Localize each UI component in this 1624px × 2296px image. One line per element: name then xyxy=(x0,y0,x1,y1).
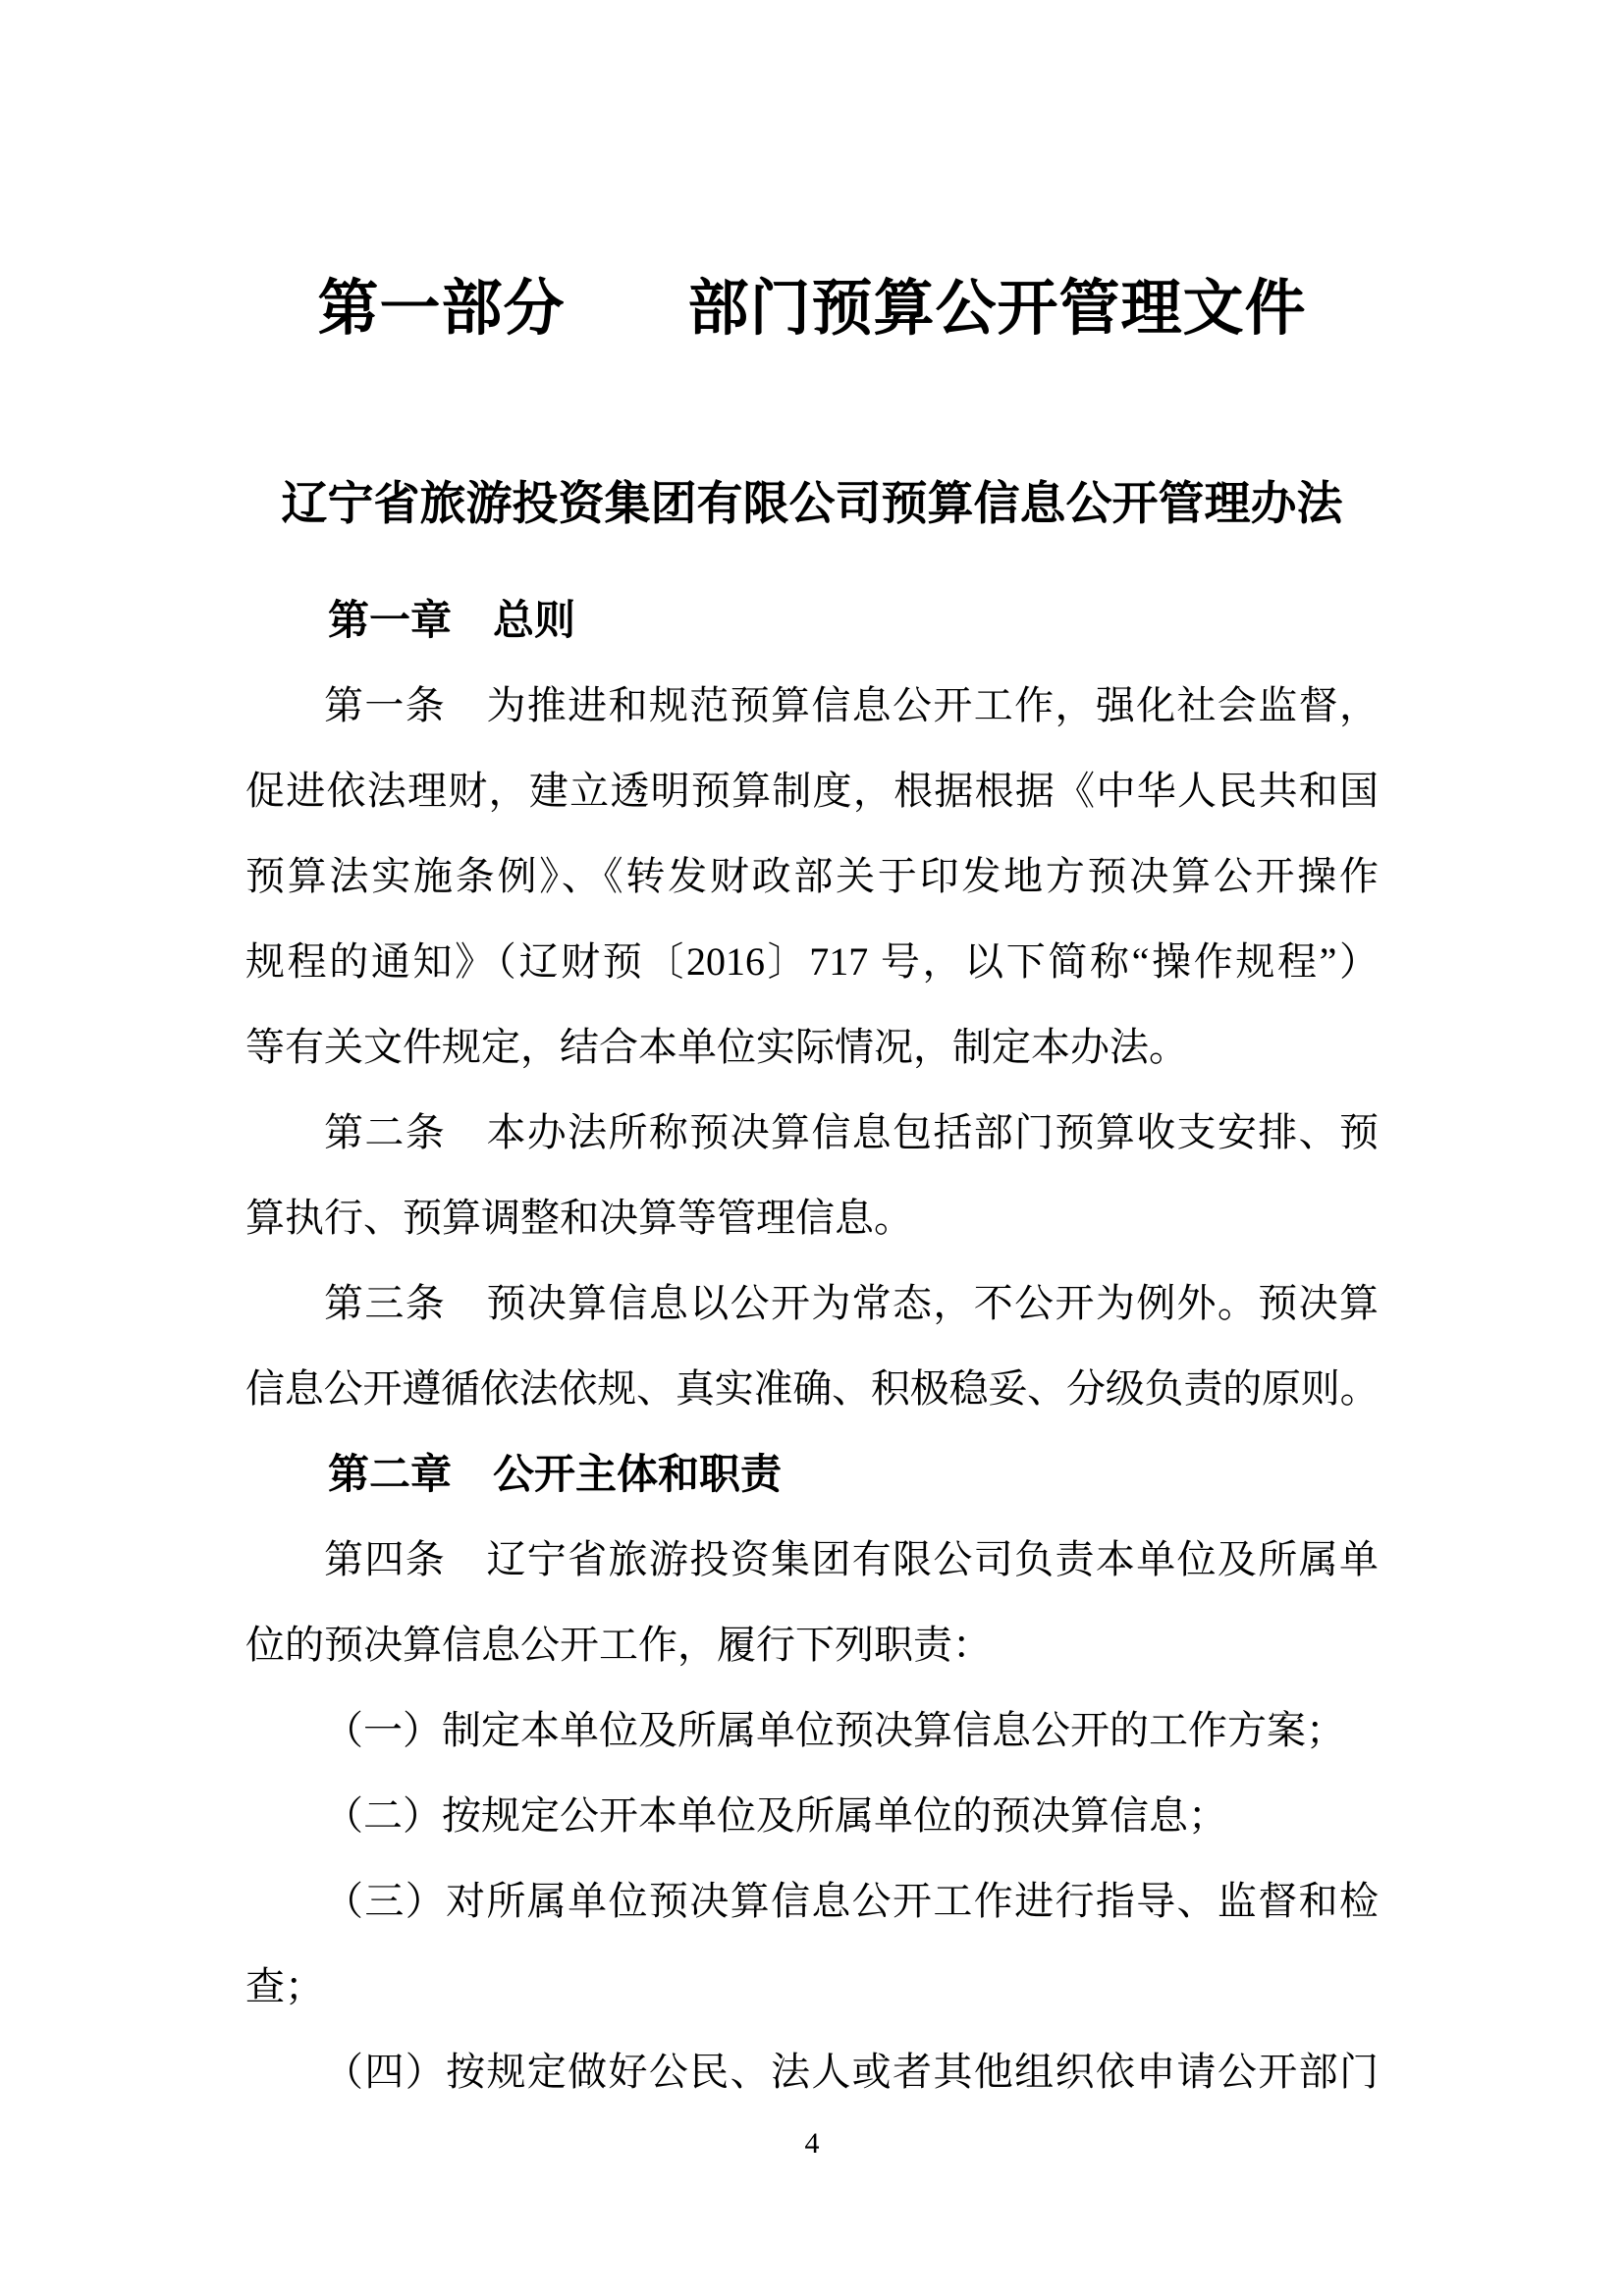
text-line: 第一章 总则 xyxy=(245,577,1379,663)
document-subtitle: 辽宁省旅游投资集团有限公司预算信息公开管理办法 xyxy=(0,477,1624,530)
text-line: 查； xyxy=(245,1944,1379,2029)
title-part-2: 部门预算公开管理文件 xyxy=(688,276,1307,343)
text-line: 信息公开遵循依法依规、真实准确、积极稳妥、分级负责的原则。 xyxy=(245,1346,1379,1431)
document-body: 第一章 总则第一条 为推进和规范预算信息公开工作，强化社会监督，促进依法理财，建… xyxy=(245,577,1379,2114)
text-line: 第二章 公开主体和职责 xyxy=(245,1431,1379,1517)
document-page: 第一部分 部门预算公开管理文件 辽宁省旅游投资集团有限公司预算信息公开管理办法 … xyxy=(0,0,1624,2296)
text-line: 第二条 本办法所称预决算信息包括部门预算收支安排、预 xyxy=(245,1090,1379,1175)
text-line: 第一条 为推进和规范预算信息公开工作，强化社会监督， xyxy=(245,663,1379,748)
document-title: 第一部分 部门预算公开管理文件 xyxy=(0,276,1624,343)
page-number: 4 xyxy=(0,2128,1624,2160)
text-line: （三）对所属单位预决算信息公开工作进行指导、监督和检 xyxy=(245,1858,1379,1944)
text-line: （一）制定本单位及所属单位预决算信息公开的工作方案； xyxy=(245,1687,1379,1773)
text-line: 规程的通知》（辽财预〔2016〕717 号，以下简称“操作规程”） xyxy=(245,919,1379,1004)
text-line: 促进依法理财，建立透明预算制度，根据根据《中华人民共和国 xyxy=(245,748,1379,833)
text-line: （二）按规定公开本单位及所属单位的预决算信息； xyxy=(245,1773,1379,1858)
text-line: 预算法实施条例》、《转发财政部关于印发地方预决算公开操作 xyxy=(245,833,1379,919)
title-part-1: 第一部分 xyxy=(317,276,565,343)
text-line: 算执行、预算调整和决算等管理信息。 xyxy=(245,1175,1379,1260)
text-line: 第四条 辽宁省旅游投资集团有限公司负责本单位及所属单 xyxy=(245,1517,1379,1602)
text-line: 位的预决算信息公开工作，履行下列职责： xyxy=(245,1602,1379,1687)
text-line: 等有关文件规定，结合本单位实际情况，制定本办法。 xyxy=(245,1004,1379,1090)
text-line: （四）按规定做好公民、法人或者其他组织依申请公开部门 xyxy=(245,2029,1379,2114)
text-line: 第三条 预决算信息以公开为常态，不公开为例外。预决算 xyxy=(245,1260,1379,1346)
